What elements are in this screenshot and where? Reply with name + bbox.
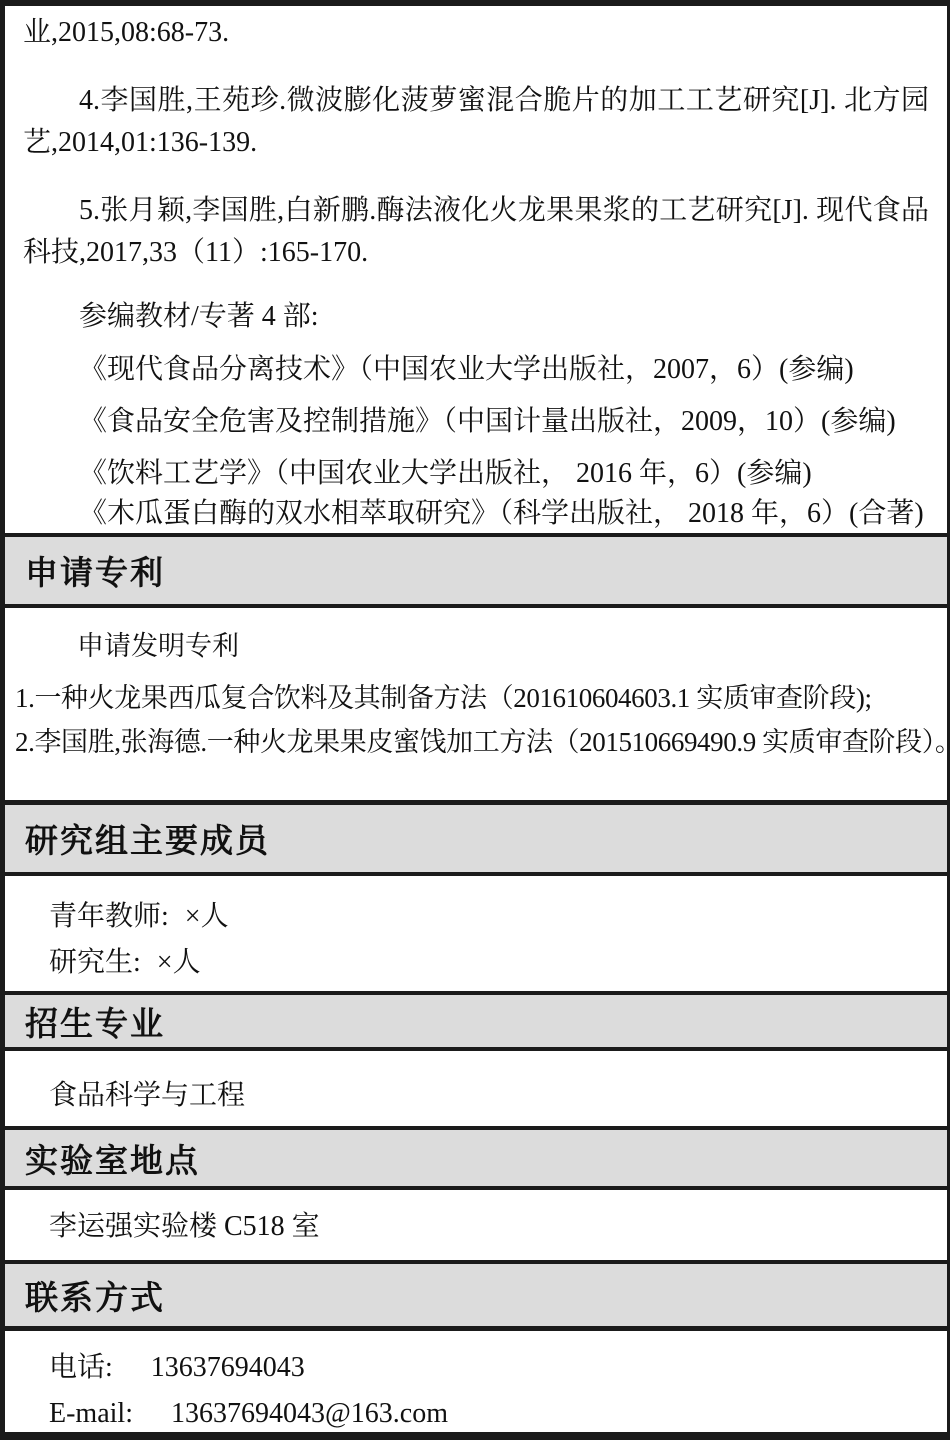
contact-row-phone: 电话:13637694043 (23, 1349, 929, 1387)
email-label: E-mail: (49, 1398, 133, 1429)
publication-item: 4.李国胜,王苑珍.微波膨化菠萝蜜混合脆片的加工工艺研究[J]. 北方园艺,20… (23, 80, 929, 164)
members-section-title: 研究组主要成员 (25, 815, 270, 862)
contact-section-title: 联系方式 (25, 1272, 165, 1319)
lab-location-value: 李运强实验楼 C518 室 (23, 1208, 929, 1246)
lab-section: 李运强实验楼 C518 室 (5, 1190, 947, 1260)
members-row-label: 研究生: (49, 947, 141, 978)
members-row-label: 青年教师: (49, 901, 169, 932)
contact-section: 电话:13637694043 E-mail:13637694043@163.co… (5, 1331, 947, 1432)
members-row: 青年教师:×人 (23, 898, 929, 936)
book-item: 《木瓜蛋白酶的双水相萃取研究》（科学出版社， 2018 年，6）(合著) (23, 494, 929, 533)
lab-section-title: 实验室地点 (25, 1135, 200, 1182)
members-section-header: 研究组主要成员 (5, 800, 947, 876)
lab-section-header: 实验室地点 (5, 1126, 947, 1190)
contact-section-header: 联系方式 (5, 1260, 947, 1331)
patents-section-title: 申请专利 (25, 547, 165, 594)
enrollment-value: 食品科学与工程 (23, 1077, 929, 1115)
enrollment-section-title: 招生专业 (25, 998, 165, 1045)
phone-value: 13637694043 (151, 1352, 305, 1383)
patent-item: 1.一种火龙果西瓜复合饮料及其制备方法（201610604603.1 实质审查阶… (15, 678, 939, 718)
books-heading: 参编教材/专著 4 部: (23, 296, 929, 338)
enrollment-section-header: 招生专业 (5, 991, 947, 1051)
publication-item: 5.张月颖,李国胜,白新鹏.酶法液化火龙果果浆的工艺研究[J]. 现代食品科技,… (23, 190, 929, 274)
book-item: 《饮料工艺学》（中国农业大学出版社， 2016 年，6）(参编) (23, 454, 929, 494)
contact-row-email: E-mail:13637694043@163.com (23, 1395, 929, 1432)
members-row-value: ×人 (157, 947, 201, 978)
book-item: 《现代食品分离技术》（中国农业大学出版社，2007，6）(参编) (23, 350, 929, 390)
patents-section-header: 申请专利 (5, 533, 947, 608)
enrollment-section: 食品科学与工程 (5, 1051, 947, 1126)
publication-continuation-line: 业,2015,08:68-73. (23, 12, 929, 54)
email-value: 13637694043@163.com (171, 1398, 448, 1429)
members-row: 研究生:×人 (23, 944, 929, 982)
patents-subtitle: 申请发明专利 (15, 626, 939, 666)
book-item: 《食品安全危害及控制措施》（中国计量出版社，2009，10）(参编) (23, 402, 929, 442)
phone-label: 电话: (49, 1352, 113, 1383)
members-row-value: ×人 (185, 901, 229, 932)
members-section: 青年教师:×人 研究生:×人 (5, 876, 947, 991)
publications-section: 业,2015,08:68-73. 4.李国胜,王苑珍.微波膨化菠萝蜜混合脆片的加… (5, 6, 947, 533)
patent-item: 2.李国胜,张海德.一种火龙果果皮蜜饯加工方法（201510669490.9 实… (15, 722, 939, 762)
document-page: 业,2015,08:68-73. 4.李国胜,王苑珍.微波膨化菠萝蜜混合脆片的加… (0, 0, 950, 1440)
patents-section: 申请发明专利 1.一种火龙果西瓜复合饮料及其制备方法（201610604603.… (5, 608, 947, 800)
